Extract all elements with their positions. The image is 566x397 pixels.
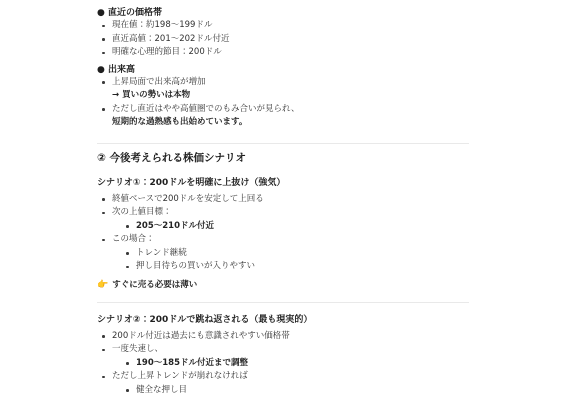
document-content: ● 直近の価格帯 現在値：約198〜199ドル 直近高値：201〜202ドル付近… [97,0,469,394]
section-heading-price-band: ● 直近の価格帯 [97,7,469,19]
section-heading-scenarios: ② 今後考えられる株価シナリオ [97,152,469,165]
list-item: この場合： トレンド継続 押し目待ちの買いが入りやすい [97,233,469,274]
scenario1-heading: シナリオ①：200ドルを明確に上抜け（強気） [97,177,469,189]
scenario2-list: 200ドル付近は過去にも意識されやすい価格帯 一度失速し、 190〜185ドル付… [97,330,469,395]
pointing-right-emoji-icon: 👉 [97,278,108,292]
section-divider [97,143,469,144]
list-item-note: 短期的な過熱感も出始めています。 [112,116,469,130]
list-item-text: ただし上昇トレンドが崩れなければ [112,371,248,381]
list-item: 一度失速し、 190〜185ドル付近まで調整 [97,343,469,370]
list-item: 次の上値目標： 205〜210ドル付近 [97,206,469,233]
scenario2-heading: シナリオ②：200ドルで跳ね返される（最も現実的） [97,314,469,326]
list-item-text: 次の上値目標： [112,207,172,217]
list-item: 200ドル付近は過去にも意識されやすい価格帯 [97,330,469,344]
sub-list: 205〜210ドル付近 [121,220,469,234]
price-band-list: 現在値：約198〜199ドル 直近高値：201〜202ドル付近 明確な心理的節目… [97,19,469,60]
list-item: 直近高値：201〜202ドル付近 [97,33,469,47]
pointer-text: すぐに売る必要は薄い [112,278,197,292]
list-item-text: ただし直近はやや高値圏でのもみ合いが見られ、 [112,104,300,114]
sub-list-item: 押し目待ちの買いが入りやすい [121,260,469,274]
sub-list-item: トレンド継続 [121,247,469,261]
list-item: 現在値：約198〜199ドル [97,19,469,33]
list-item: 明確な心理的節目：200ドル [97,46,469,60]
sub-list: トレンド継続 押し目待ちの買いが入りやすい [121,247,469,274]
sub-list: 健全な押し目 [121,384,469,395]
list-item: ただし上昇トレンドが崩れなければ 健全な押し目 [97,370,469,394]
section-divider [97,302,469,303]
sub-list-item: 健全な押し目 [121,384,469,395]
sub-list-item: 205〜210ドル付近 [121,220,469,234]
section-heading-volume: ● 出来高 [97,64,469,76]
list-item: 上昇局面で出来高が増加 → 買いの勢いは本物 [97,76,469,103]
list-item-text: 一度失速し、 [112,344,163,354]
list-item-note: → 買いの勢いは本物 [112,89,469,103]
sub-list-item: 190〜185ドル付近まで調整 [121,357,469,371]
sub-list: 190〜185ドル付近まで調整 [121,357,469,371]
list-item-text: 上昇局面で出来高が増加 [112,77,206,87]
pointer-callout: 👉 すぐに売る必要は薄い [97,278,469,292]
list-item-text: この場合： [112,234,155,244]
scenario1-list: 終値ベースで200ドルを安定して上回る 次の上値目標： 205〜210ドル付近 … [97,193,469,274]
list-item: ただし直近はやや高値圏でのもみ合いが見られ、 短期的な過熱感も出始めています。 [97,103,469,130]
list-item: 終値ベースで200ドルを安定して上回る [97,193,469,207]
volume-list: 上昇局面で出来高が増加 → 買いの勢いは本物 ただし直近はやや高値圏でのもみ合い… [97,76,469,130]
